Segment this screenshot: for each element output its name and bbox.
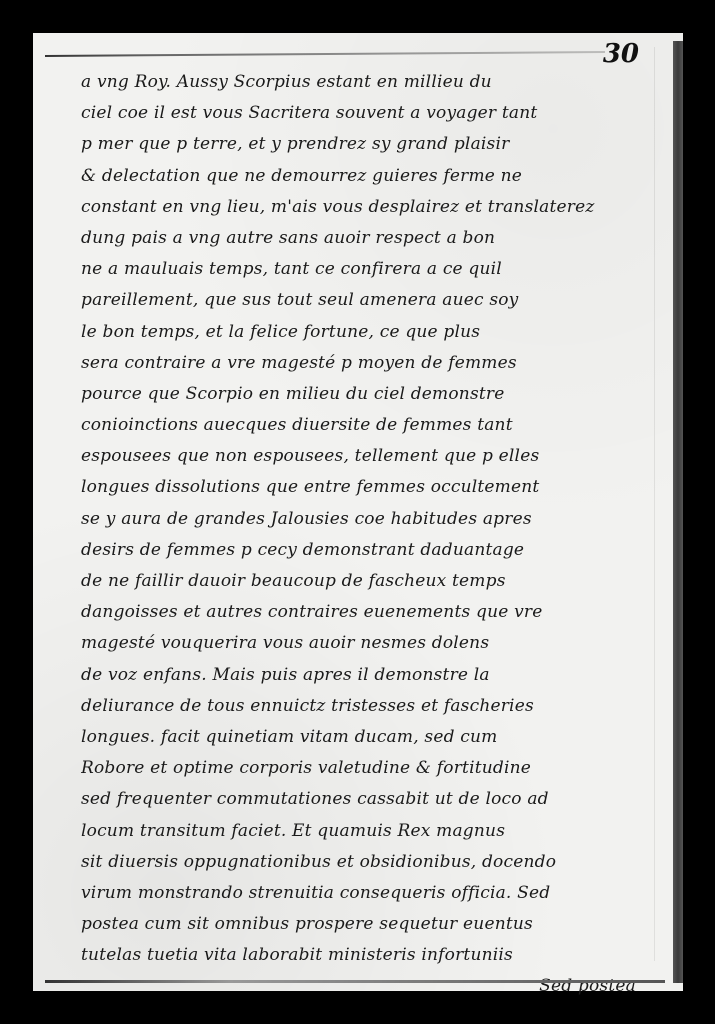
manuscript-line: a vng Roy. Aussy Scorpius estant en mill… xyxy=(81,67,646,98)
manuscript-line: sit diuersis oppugnationibus et obsidion… xyxy=(81,847,646,878)
manuscript-line: virum monstrando strenuitia consequeris … xyxy=(81,878,646,909)
folio-number: 30 xyxy=(603,39,639,69)
manuscript-line: sed frequenter commutationes cassabit ut… xyxy=(81,784,646,815)
top-rule xyxy=(45,51,605,57)
manuscript-line: de voz enfans. Mais puis apres il demons… xyxy=(81,660,646,691)
manuscript-line: magesté vouquerira vous auoir nesmes dol… xyxy=(81,628,646,659)
manuscript-line: deliurance de tous ennuictz tristesses e… xyxy=(81,691,646,722)
manuscript-line: de ne faillir dauoir beaucoup de fascheu… xyxy=(81,566,646,597)
manuscript-line: longues. facit quinetiam vitam ducam, se… xyxy=(81,722,646,753)
manuscript-line: Robore et optime corporis valetudine & f… xyxy=(81,753,646,784)
manuscript-line: sera contraire a vre magesté p moyen de … xyxy=(81,348,646,379)
manuscript-line: le bon temps, et la felice fortune, ce q… xyxy=(81,317,646,348)
manuscript-line: ciel coe il est vous Sacritera souvent a… xyxy=(81,98,646,129)
manuscript-page: 30 a vng Roy. Aussy Scorpius estant en m… xyxy=(33,33,683,991)
manuscript-line: conioinctions auecques diuersite de femm… xyxy=(81,410,646,441)
manuscript-line: constant en vng lieu, m'ais vous desplai… xyxy=(81,192,646,223)
manuscript-line: dangoisses et autres contraires euenemen… xyxy=(81,597,646,628)
manuscript-line: & delectation que ne demourrez guieres f… xyxy=(81,161,646,192)
manuscript-line: se y aura de grandes Jalousies coe habit… xyxy=(81,504,646,535)
manuscript-line: p mer que p terre, et y prendrez sy gran… xyxy=(81,129,646,160)
manuscript-line: postea cum sit omnibus prospere sequetur… xyxy=(81,909,646,940)
margin-line xyxy=(654,47,655,961)
manuscript-line: longues dissolutions que entre femmes oc… xyxy=(81,472,646,503)
manuscript-line: locum transitum faciet. Et quamuis Rex m… xyxy=(81,816,646,847)
bottom-rule xyxy=(45,980,665,983)
manuscript-line: dung pais a vng autre sans auoir respect… xyxy=(81,223,646,254)
manuscript-line: tutelas tuetia vita laborabit ministeris… xyxy=(81,940,646,971)
manuscript-line: espousees que non espousees, tellement q… xyxy=(81,441,646,472)
manuscript-line: pareillement, que sus tout seul amenera … xyxy=(81,285,646,316)
manuscript-line: pource que Scorpio en milieu du ciel dem… xyxy=(81,379,646,410)
manuscript-text: a vng Roy. Aussy Scorpius estant en mill… xyxy=(81,67,646,1003)
binding-edge xyxy=(673,41,683,983)
manuscript-line: desirs de femmes p cecy demonstrant dadu… xyxy=(81,535,646,566)
manuscript-line: Sed postea xyxy=(81,971,646,1002)
manuscript-line: ne a mauluais temps, tant ce confirera a… xyxy=(81,254,646,285)
